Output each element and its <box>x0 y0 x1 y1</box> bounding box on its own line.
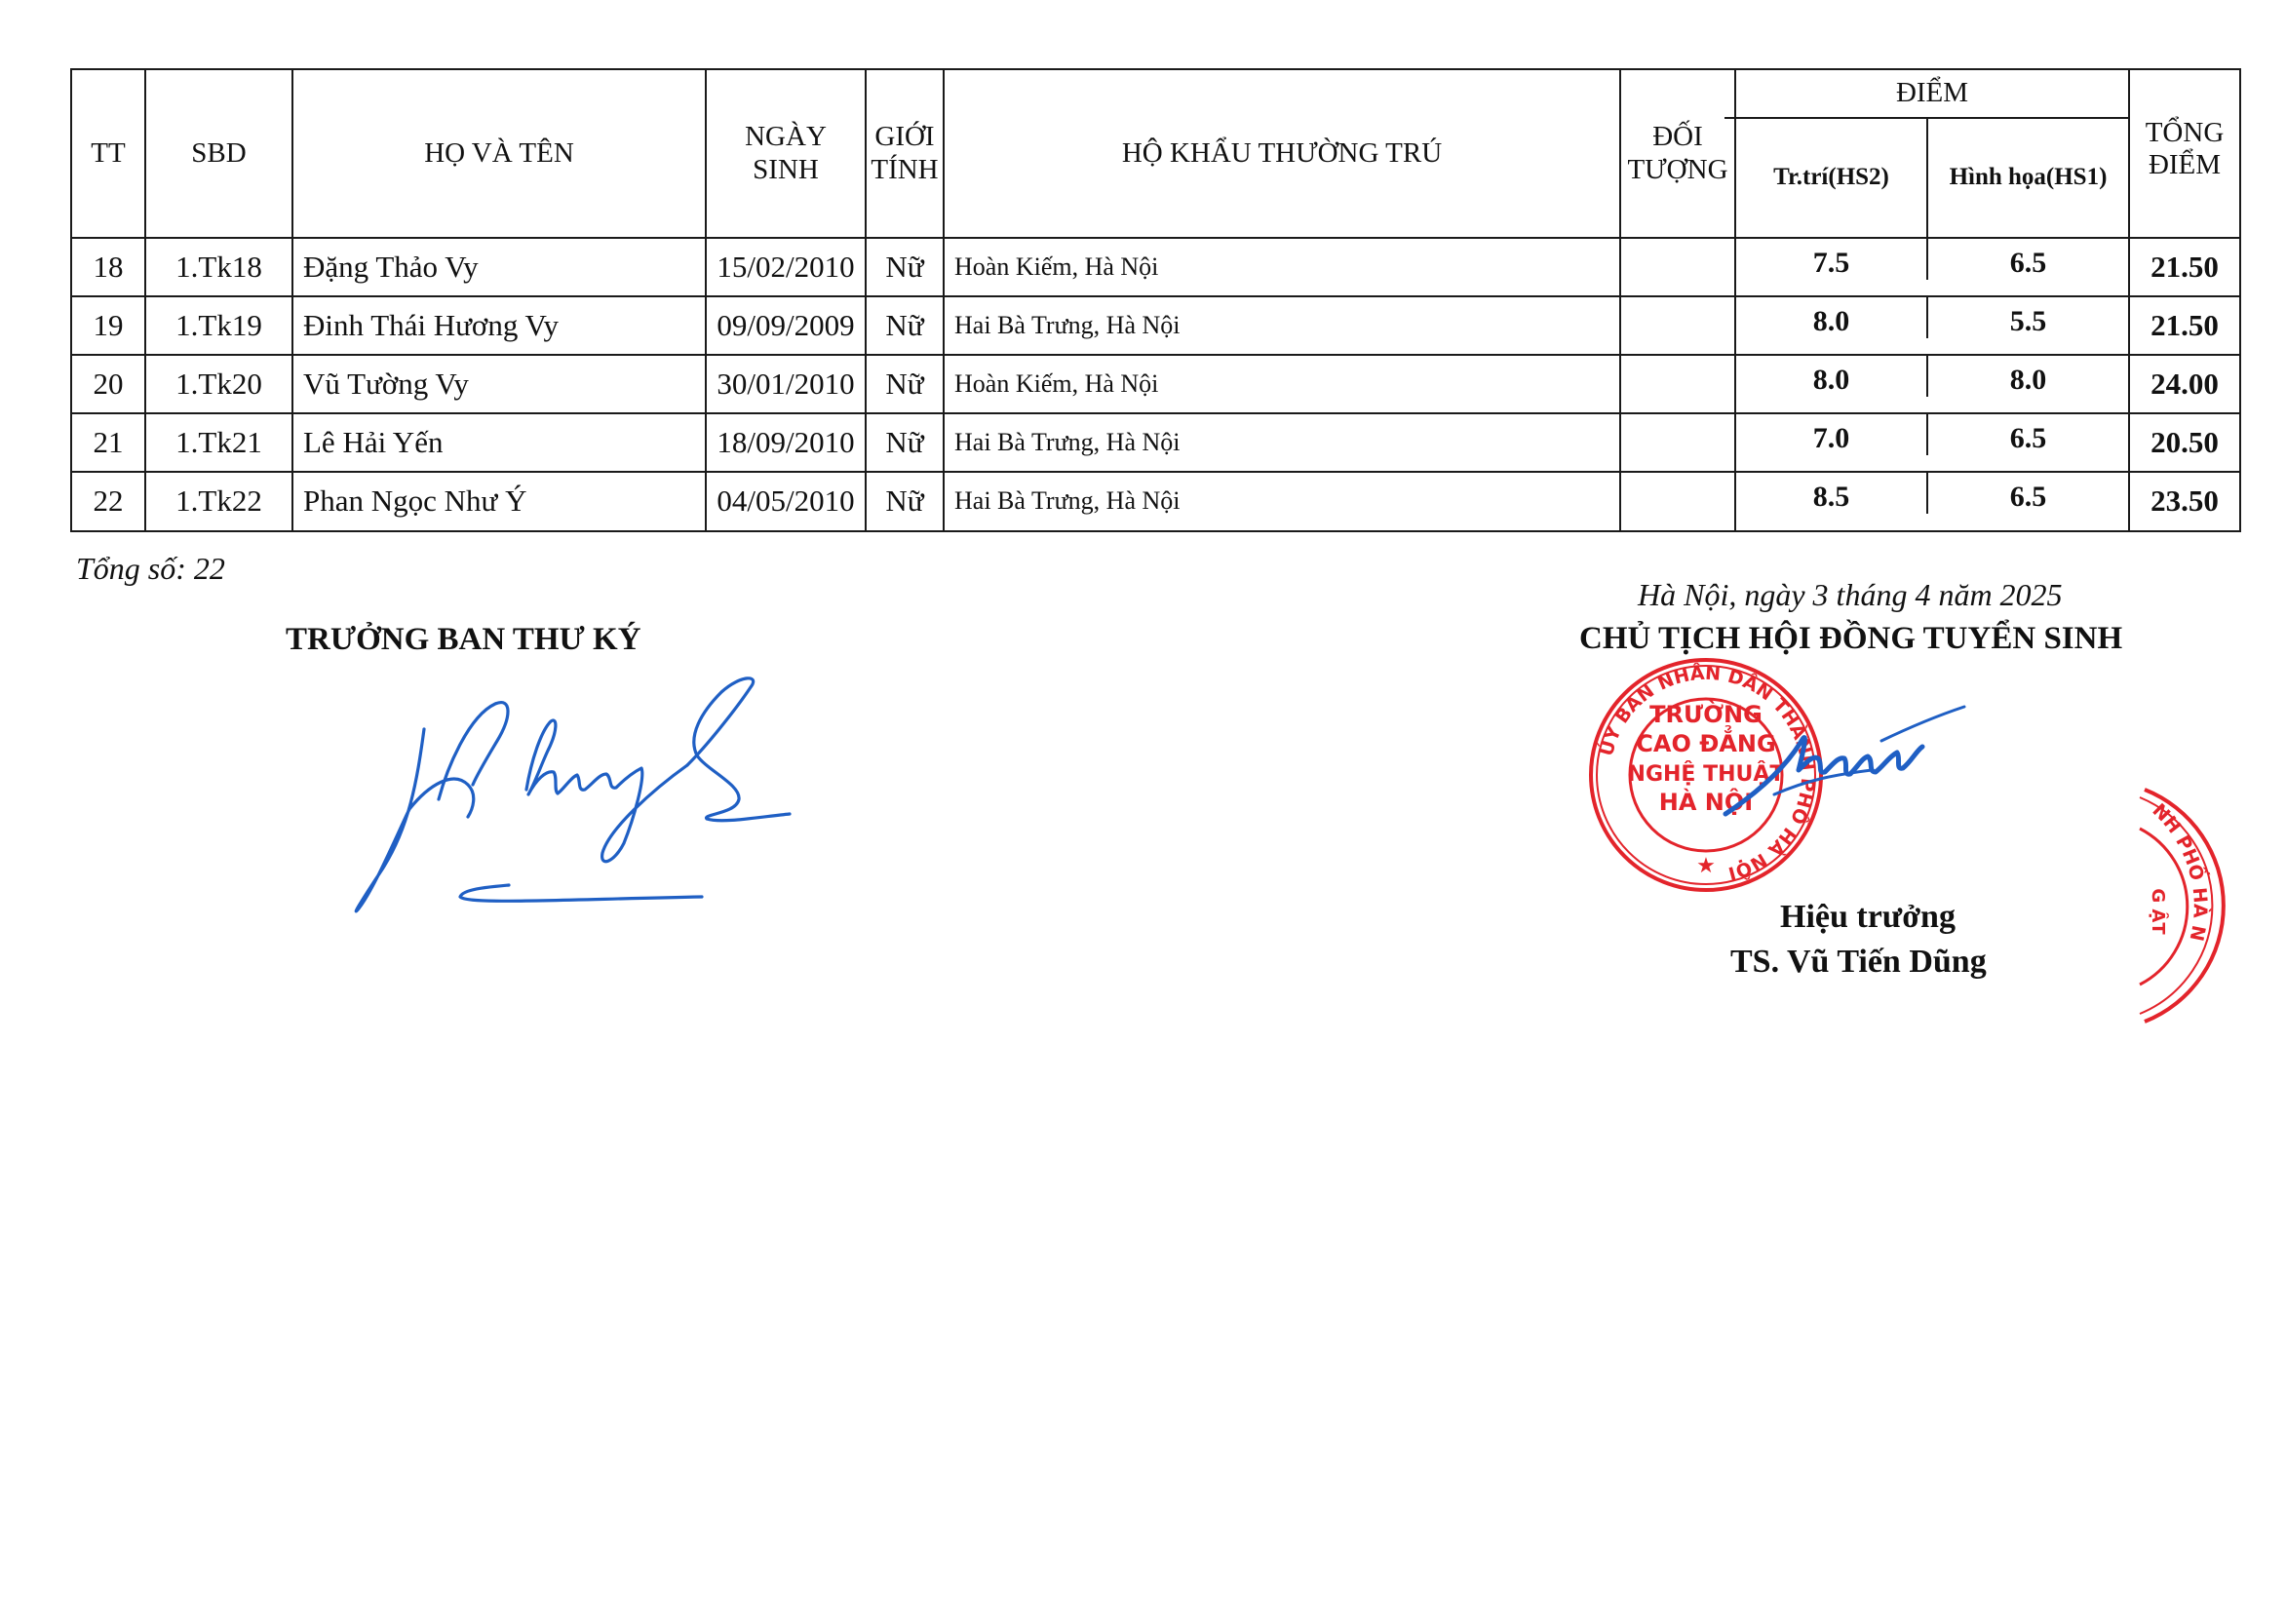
header-gender-line1: GIỚI <box>874 121 934 153</box>
cell-address: Hoàn Kiếm, Hà Nội <box>945 239 1619 295</box>
director-signature <box>1716 702 1969 829</box>
cell-gender: Nữ <box>867 239 943 295</box>
cell-dob: 15/02/2010 <box>707 239 865 295</box>
header-gender-line2: TÍNH <box>871 154 938 186</box>
cell-dob: 04/05/2010 <box>707 473 865 529</box>
header-total: TỔNG ĐIỂM <box>2130 70 2239 237</box>
header-category: ĐỐI TƯỢNG <box>1621 70 1734 237</box>
cell-dob: 18/09/2010 <box>707 414 865 471</box>
header-total-line1: TỔNG <box>2146 117 2225 149</box>
header-category-line1: ĐỐI <box>1652 121 1703 153</box>
results-table: TT SBD HỌ VÀ TÊN NGÀY SINH GIỚI TÍNH HỘ … <box>0 0 2286 546</box>
signer-role: Hiệu trưởng <box>1780 899 1956 936</box>
cell-sbd: 1.Tk21 <box>146 414 291 471</box>
header-dob-line1: NGÀY <box>745 121 827 153</box>
header-sbd: SBD <box>146 70 291 237</box>
cell-dob: 30/01/2010 <box>707 356 865 412</box>
cell-name: Vũ Tường Vy <box>293 356 705 412</box>
cell-score2: 5.5 <box>1928 297 2128 354</box>
cell-category <box>1621 414 1734 471</box>
cell-sbd: 1.Tk20 <box>146 356 291 412</box>
cell-name: Đặng Thảo Vy <box>293 239 705 295</box>
place-date: Hà Nội, ngày 3 tháng 4 năm 2025 <box>1638 577 2063 613</box>
header-dob-line2: SINH <box>753 154 819 186</box>
cell-sbd: 1.Tk22 <box>146 473 291 529</box>
header-score1: Tr.trí(HS2) <box>1736 119 1926 237</box>
partial-stamp-inner-text: G ẬT <box>2148 888 2169 935</box>
cell-category <box>1621 239 1734 295</box>
cell-total: 21.50 <box>2130 239 2239 295</box>
cell-score1: 8.0 <box>1736 356 1926 412</box>
cell-tt: 21 <box>72 414 144 471</box>
header-tt: TT <box>72 70 144 237</box>
header-address: HỘ KHẨU THƯỜNG TRÚ <box>945 70 1619 237</box>
cell-gender: Nữ <box>867 356 943 412</box>
cell-name: Đinh Thái Hương Vy <box>293 297 705 354</box>
left-signer-title: TRƯỞNG BAN THƯ KÝ <box>286 622 641 658</box>
cell-total: 23.50 <box>2130 473 2239 529</box>
signer-name: TS. Vũ Tiến Dũng <box>1730 944 1987 981</box>
cell-gender: Nữ <box>867 473 943 529</box>
header-gender: GIỚI TÍNH <box>867 70 943 237</box>
cell-address: Hai Bà Trưng, Hà Nội <box>945 297 1619 354</box>
cell-gender: Nữ <box>867 414 943 471</box>
cell-address: Hoàn Kiếm, Hà Nội <box>945 356 1619 412</box>
cell-score2: 6.5 <box>1928 239 2128 295</box>
cell-sbd: 1.Tk18 <box>146 239 291 295</box>
cell-score2: 8.0 <box>1928 356 2128 412</box>
header-score2: Hình họa(HS1) <box>1928 119 2128 237</box>
header-category-line2: TƯỢNG <box>1627 154 1727 186</box>
cell-category <box>1621 297 1734 354</box>
cell-tt: 22 <box>72 473 144 529</box>
header-dob: NGÀY SINH <box>707 70 865 237</box>
cell-tt: 20 <box>72 356 144 412</box>
cell-total: 20.50 <box>2130 414 2239 471</box>
partial-stamp: NH PHỐ HÀ N G ẬT <box>2096 770 2286 1033</box>
cell-gender: Nữ <box>867 297 943 354</box>
cell-score1: 8.5 <box>1736 473 1926 529</box>
cell-dob: 09/09/2009 <box>707 297 865 354</box>
cell-total: 21.50 <box>2130 297 2239 354</box>
cell-score1: 8.0 <box>1736 297 1926 354</box>
cell-address: Hai Bà Trưng, Hà Nội <box>945 473 1619 529</box>
header-name: HỌ VÀ TÊN <box>293 70 705 237</box>
cell-score2: 6.5 <box>1928 473 2128 529</box>
cell-name: Phan Ngọc Như Ý <box>293 473 705 529</box>
header-total-line2: ĐIỂM <box>2149 149 2221 181</box>
cell-category <box>1621 356 1734 412</box>
cell-sbd: 1.Tk19 <box>146 297 291 354</box>
cell-tt: 19 <box>72 297 144 354</box>
total-count: Tổng số: 22 <box>76 551 225 587</box>
cell-total: 24.00 <box>2130 356 2239 412</box>
cell-tt: 18 <box>72 239 144 295</box>
cell-score2: 6.5 <box>1928 414 2128 471</box>
header-score-group: ĐIỂM <box>1736 70 2128 117</box>
cell-name: Lê Hải Yến <box>293 414 705 471</box>
star-icon: ★ <box>1696 854 1716 878</box>
cell-score1: 7.5 <box>1736 239 1926 295</box>
cell-category <box>1621 473 1734 529</box>
cell-score1: 7.0 <box>1736 414 1926 471</box>
secretary-signature <box>331 663 799 926</box>
cell-address: Hai Bà Trưng, Hà Nội <box>945 414 1619 471</box>
